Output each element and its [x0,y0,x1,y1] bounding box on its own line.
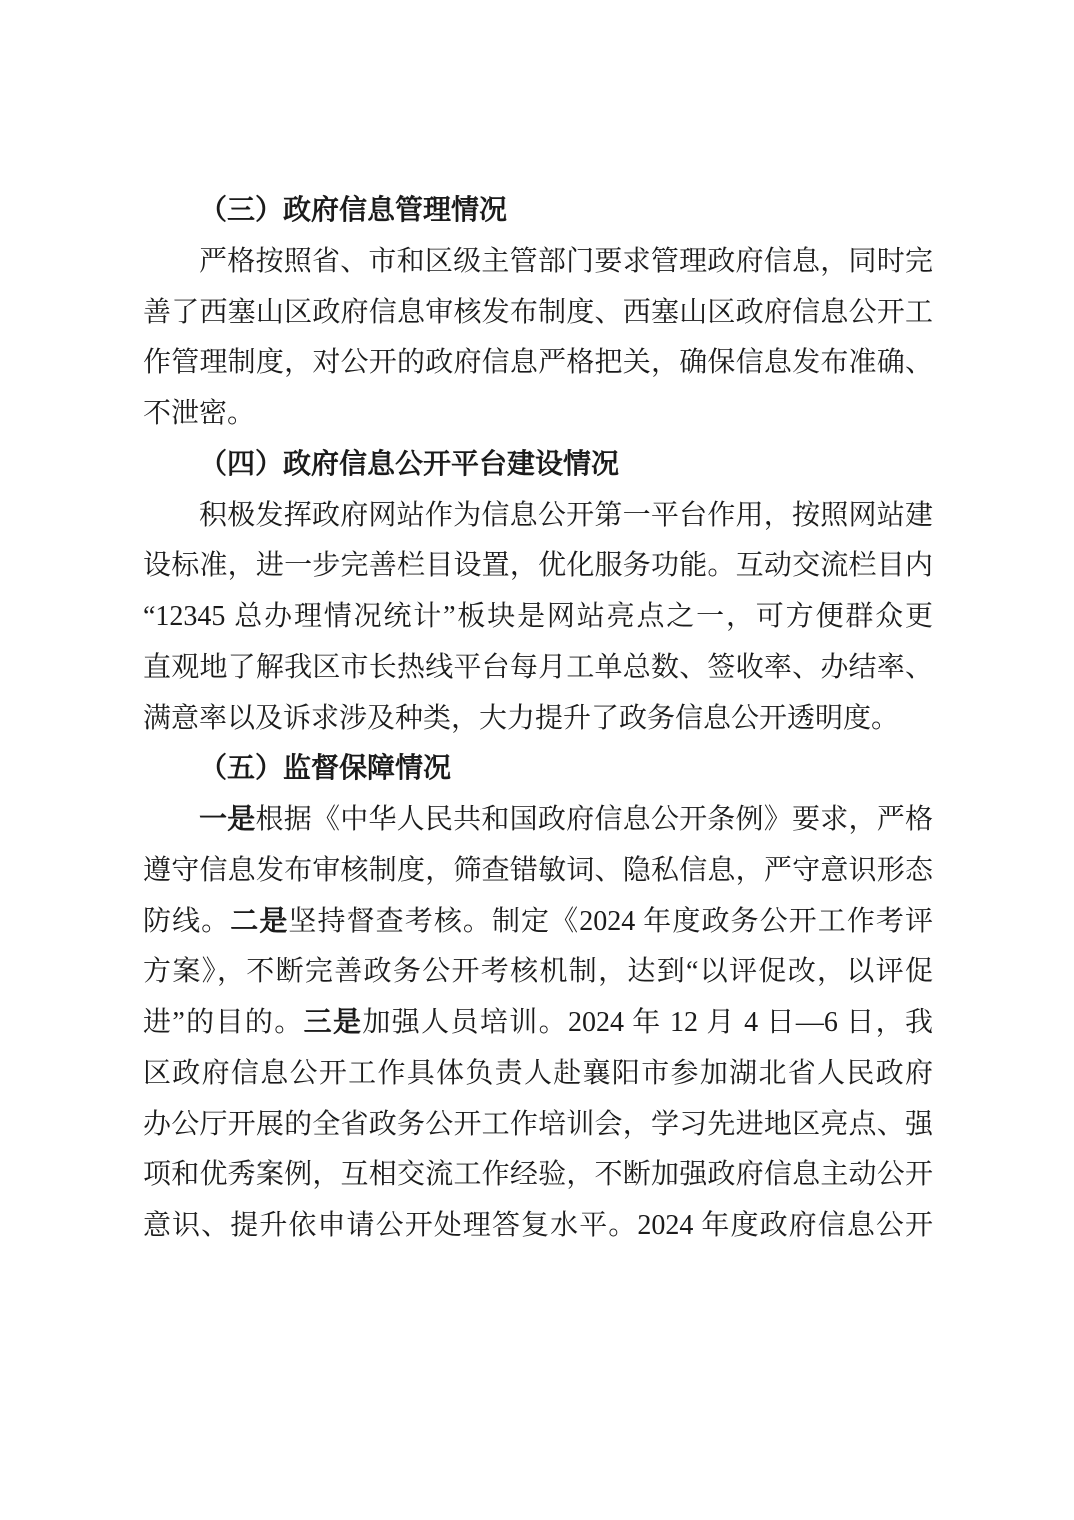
text-line: 善了西塞山区政府信息审核发布制度、西塞山区政府信息公开工 [143,288,933,339]
text-segment: 遵守信息发布审核制度，筛查错敏词、隐私信息，严守意识形态 [143,855,933,886]
text-line: 不泄密。 [143,389,933,440]
section-heading: （三）政府信息管理情况 [143,186,933,237]
text-segment: 办公厅开展的全省政务公开工作培训会，学习先进地区亮点、强 [143,1109,933,1140]
text-line: 项和优秀案例，互相交流工作经验，不断加强政府信息主动公开 [143,1150,933,1201]
bold-text-segment: 二是 [230,906,288,937]
text-segment: 作管理制度，对公开的政府信息严格把关，确保信息发布准确、 [143,347,933,378]
text-segment: 项和优秀案例，互相交流工作经验，不断加强政府信息主动公开 [143,1159,933,1190]
text-line: 进”的目的。三是加强人员培训。2024 年 12 月 4 日—6 日，我 [143,998,933,1049]
section-heading: （四）政府信息公开平台建设情况 [143,440,933,491]
text-segment: 根据《中华人民共和国政府信息公开条例》要求，严格 [255,804,933,835]
text-segment: 严格按照省、市和区级主管部门要求管理政府信息，同时完 [199,246,933,277]
text-line: 积极发挥政府网站作为信息公开第一平台作用，按照网站建 [143,491,933,542]
text-segment: 防线。 [143,906,230,937]
text-line: 作管理制度，对公开的政府信息严格把关，确保信息发布准确、 [143,338,933,389]
text-line: 一是根据《中华人民共和国政府信息公开条例》要求，严格 [143,795,933,846]
text-line: 方案》，不断完善政务公开考核机制，达到“以评促改，以评促 [143,947,933,998]
text-segment: 坚持督查考核。制定《2024 年度政务公开工作考评 [288,906,933,937]
bold-text-segment: 一是 [199,804,255,835]
bold-text-segment: 三是 [304,1007,363,1038]
text-segment: 设标准，进一步完善栏目设置，优化服务功能。互动交流栏目内 [143,550,933,581]
text-segment: “12345 总办理情况统计”板块是网站亮点之一，可方便群众更 [143,601,933,632]
text-line: 直观地了解我区市长热线平台每月工单总数、签收率、办结率、 [143,643,933,694]
text-segment: 直观地了解我区市长热线平台每月工单总数、签收率、办结率、 [143,652,933,683]
text-line: 意识、提升依申请公开处理答复水平。2024 年度政府信息公开 [143,1201,933,1252]
text-line: 设标准，进一步完善栏目设置，优化服务功能。互动交流栏目内 [143,541,933,592]
text-line: 满意率以及诉求涉及种类，大力提升了政务信息公开透明度。 [143,694,933,745]
text-segment: 善了西塞山区政府信息审核发布制度、西塞山区政府信息公开工 [143,297,933,328]
text-line: “12345 总办理情况统计”板块是网站亮点之一，可方便群众更 [143,592,933,643]
document-page: （三）政府信息管理情况严格按照省、市和区级主管部门要求管理政府信息，同时完善了西… [0,0,1074,1520]
text-segment: 意识、提升依申请公开处理答复水平。2024 年度政府信息公开 [143,1210,933,1241]
text-segment: 不泄密。 [143,398,255,429]
text-line: 区政府信息公开工作具体负责人赴襄阳市参加湖北省人民政府 [143,1049,933,1100]
text-segment: 区政府信息公开工作具体负责人赴襄阳市参加湖北省人民政府 [143,1058,933,1089]
text-line: 防线。二是坚持督查考核。制定《2024 年度政务公开工作考评 [143,897,933,948]
text-segment: 加强人员培训。2024 年 12 月 4 日—6 日，我 [362,1007,933,1038]
text-segment: 积极发挥政府网站作为信息公开第一平台作用，按照网站建 [199,500,933,531]
text-line: 严格按照省、市和区级主管部门要求管理政府信息，同时完 [143,237,933,288]
text-line: 办公厅开展的全省政务公开工作培训会，学习先进地区亮点、强 [143,1100,933,1151]
text-segment: 满意率以及诉求涉及种类，大力提升了政务信息公开透明度。 [143,703,899,734]
text-segment: 进”的目的。 [143,1007,304,1038]
document-body: （三）政府信息管理情况严格按照省、市和区级主管部门要求管理政府信息，同时完善了西… [143,186,933,1252]
section-heading: （五）监督保障情况 [143,744,933,795]
text-line: 遵守信息发布审核制度，筛查错敏词、隐私信息，严守意识形态 [143,846,933,897]
text-segment: 方案》，不断完善政务公开考核机制，达到“以评促改，以评促 [143,956,933,987]
